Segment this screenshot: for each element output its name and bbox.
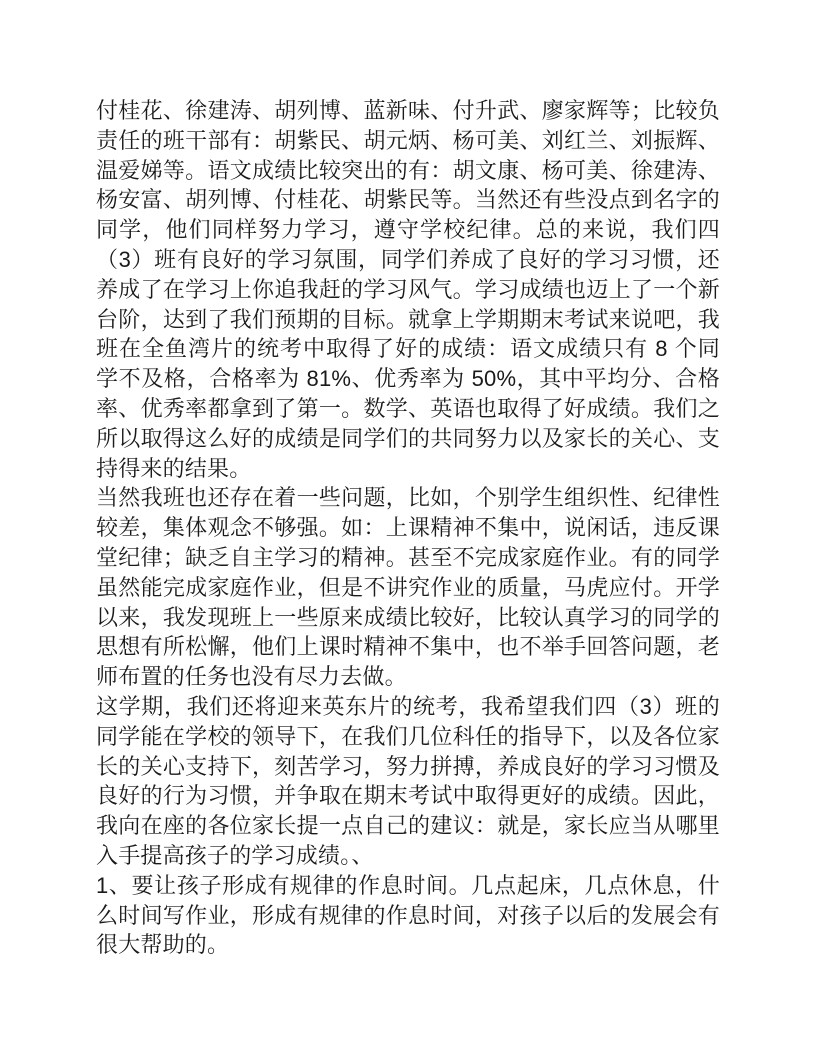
document-body: 付桂花、徐建涛、胡列博、蓝新味、付升武、廖家辉等；比较负责任的班干部有：胡紫民、…	[96, 96, 720, 960]
paragraph-semester-hope: 这学期，我们还将迎来英东片的统考，我希望我们四（3）班的同学能在学校的领导下，在…	[96, 692, 720, 871]
document-page: 付桂花、徐建涛、胡列博、蓝新味、付升武、廖家辉等；比较负责任的班干部有：胡紫民、…	[0, 0, 816, 1056]
paragraph-class-overview: 付桂花、徐建涛、胡列博、蓝新味、付升武、廖家辉等；比较负责任的班干部有：胡紫民、…	[96, 96, 720, 483]
paragraph-advice-item-1: 1、要让孩子形成有规律的作息时间。几点起床，几点休息，什么时间写作业，形成有规律…	[96, 871, 720, 960]
paragraph-class-problems: 当然我班也还存在着一些问题，比如，个别学生组织性、纪律性较差，集体观念不够强。如…	[96, 483, 720, 692]
